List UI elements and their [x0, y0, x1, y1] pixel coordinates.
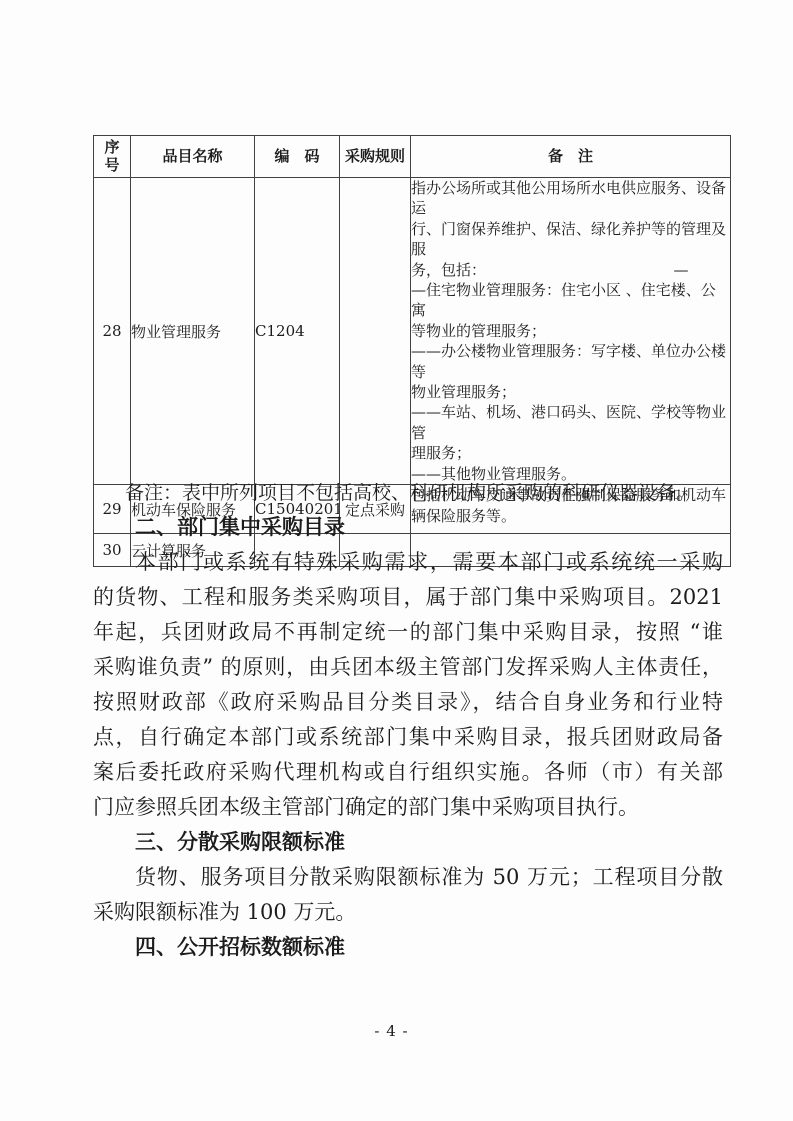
text-line: 等物业的管理服务； — [411, 321, 730, 341]
text-line: 务，包括： — — [411, 260, 730, 280]
cell-procurement-rule — [340, 178, 411, 485]
text-line: 按照财政部《政府采购品目分类目录》，结合自身业务和行业特 — [93, 685, 723, 720]
table-header-row: 序 号 品目名称 编 码 采购规则 备 注 — [94, 136, 731, 178]
text-line: 本部门或系统有特殊采购需求，需要本部门或系统统一采购 — [93, 545, 723, 580]
section-3-paragraph: 货物、服务项目分散采购限额标准为 50 万元；工程项目分散采购限额标准为 100… — [93, 860, 723, 930]
page-number: - 4 - — [0, 1022, 783, 1040]
text-line: 货物、服务项目分散采购限额标准为 50 万元；工程项目分散 — [93, 860, 723, 895]
cell-item-name: 物业管理服务 — [131, 178, 255, 485]
cell-remarks: 指办公场所或其他公用场所水电供应服务、设备运行、门窗保养维护、保洁、绿化养护等的… — [411, 178, 731, 485]
column-header-code: 编 码 — [255, 136, 340, 178]
column-header-procurement-rule: 采购规则 — [340, 136, 411, 178]
section-heading-4: 四、公开招标数额标准 — [93, 930, 723, 965]
text-line: 采购谁负责” 的原则，由兵团本级主管部门发挥采购人主体责任， — [93, 650, 723, 685]
text-line: 采购限额标准为 100 万元。 — [93, 895, 723, 930]
text-line: 点，自行确定本部门或系统部门集中采购目录，报兵团财政局备 — [93, 720, 723, 755]
column-header-serial-number: 序 号 — [94, 136, 131, 178]
text-line: 指办公场所或其他公用场所水电供应服务、设备运 — [411, 178, 730, 219]
text-line: 的货物、工程和服务类采购项目，属于部门集中采购项目。2021 — [93, 580, 723, 615]
cell-code: C1204 — [255, 178, 340, 485]
text-line: ——办公楼物业管理服务：写字楼、单位办公楼等 — [411, 341, 730, 382]
text-line: 物业管理服务； — [411, 382, 730, 402]
document-page: 序 号 品目名称 编 码 采购规则 备 注 28 物业管理服务 C1204 指办… — [0, 0, 793, 1121]
document-body: 二、部门集中采购目录 本部门或系统有特殊采购需求，需要本部门或系统统一采购的货物… — [93, 510, 723, 965]
section-2-paragraph: 本部门或系统有特殊采购需求，需要本部门或系统统一采购的货物、工程和服务类采购项目… — [93, 545, 723, 825]
text-line: 门应参照兵团本级主管部门确定的部门集中采购项目执行。 — [93, 790, 723, 825]
table-row: 28 物业管理服务 C1204 指办公场所或其他公用场所水电供应服务、设备运行、… — [94, 178, 731, 485]
table-footnote: 备注：表中所列项目不包括高校、科研机构所采购的科研仪器设备。 — [125, 481, 725, 505]
column-header-remarks: 备 注 — [411, 136, 731, 178]
section-heading-2: 二、部门集中采购目录 — [93, 510, 723, 545]
section-heading-3: 三、分散采购限额标准 — [93, 825, 723, 860]
text-line: 年起，兵团财政局不再制定统一的部门集中采购目录，按照 “谁 — [93, 615, 723, 650]
column-header-item-name: 品目名称 — [131, 136, 255, 178]
text-line: 理服务； — [411, 443, 730, 463]
text-line: —住宅物业管理服务：住宅小区 、住宅楼、公寓 — [411, 280, 730, 321]
text-line: 行、门窗保养维护、保洁、绿化养护等的管理及服 — [411, 219, 730, 260]
text-line: 案后委托政府采购代理机构或自行组织实施。各师（市）有关部 — [93, 755, 723, 790]
cell-serial-number: 28 — [94, 178, 131, 485]
text-line: ——车站、机场、港口码头、医院、学校等物业管 — [411, 402, 730, 443]
